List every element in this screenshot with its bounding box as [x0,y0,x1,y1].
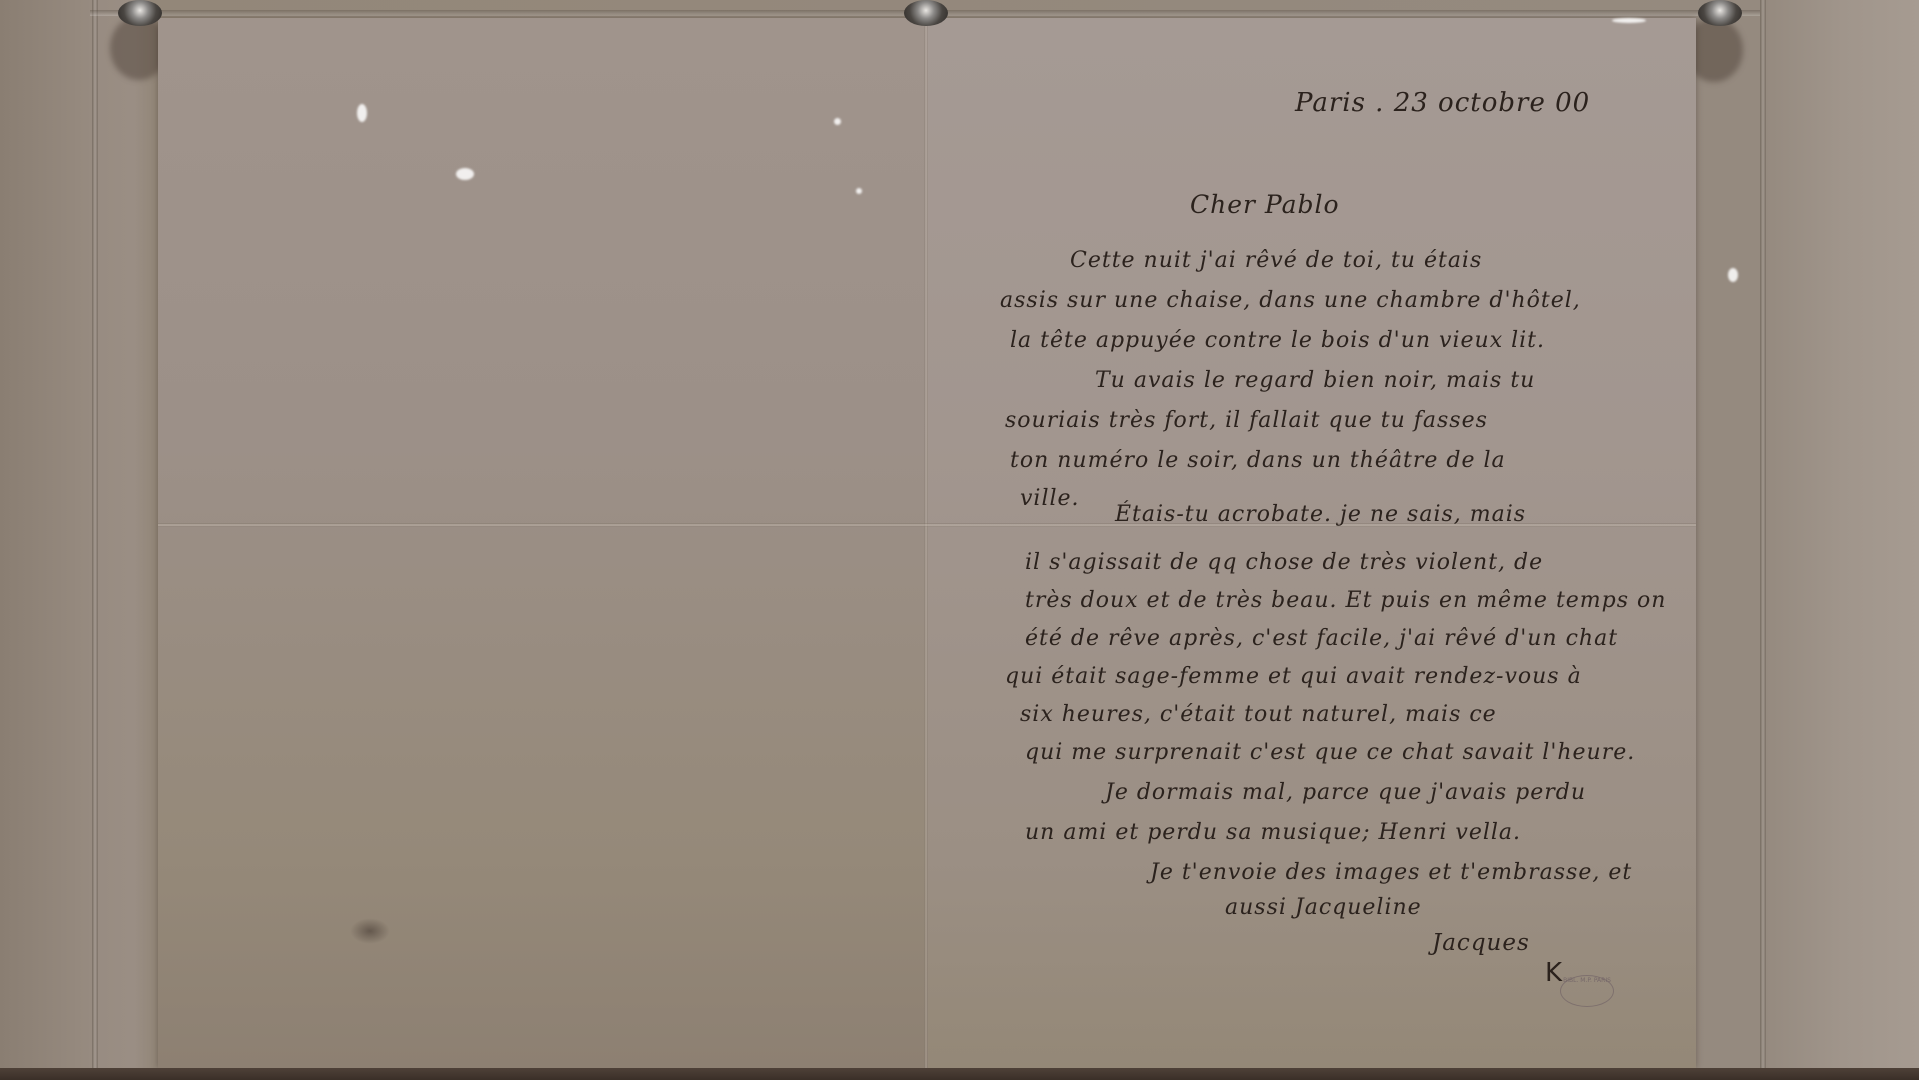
acrylic-case-edge-left [92,0,98,1080]
light-reflection [456,168,474,180]
light-reflection [1612,18,1646,23]
letter-line: Je t'envoie des images et t'embrasse, et [1150,860,1632,885]
letter-line: il s'agissait de qq chose de très violen… [1025,550,1543,575]
letter-line: assis sur une chaise, dans une chambre d… [1000,288,1581,313]
light-reflection [834,118,841,125]
library-stamp: BIBL. M.P. PARIS [1560,975,1614,1007]
letter-date: Paris . 23 octobre 00 [1295,88,1590,118]
light-reflection [856,188,862,194]
letter-line: Tu avais le regard bien noir, mais tu [1095,368,1535,393]
letter-line: Étais-tu acrobate. je ne sais, mais [1115,502,1526,527]
letter-page-left [158,18,926,1068]
letter-line: qui me surprenait c'est que ce chat sava… [1025,740,1635,765]
letter-line: été de rêve après, c'est facile, j'ai rê… [1025,626,1618,651]
signature-mark: K [1545,958,1562,988]
letter-line: six heures, c'était tout naturel, mais c… [1020,702,1497,727]
letter-line: souriais très fort, il fallait que tu fa… [1005,408,1488,433]
ink-smudge [350,918,390,944]
light-reflection [1728,268,1738,282]
letter-line: qui était sage-femme et qui avait rendez… [1005,664,1582,689]
mounting-bolt-top-left [118,0,162,26]
letter-line: très doux et de très beau. Et puis en mê… [1025,588,1666,613]
letter-greeting: Cher Pablo [1190,190,1340,219]
light-reflection [357,104,367,122]
letter-sheet [158,18,1696,1068]
letter-line: ville. [1020,486,1080,511]
display-case-base [0,1068,1919,1080]
letter-line: ton numéro le soir, dans un théâtre de l… [1010,448,1506,473]
letter-line: Cette nuit j'ai rêvé de toi, tu étais [1070,248,1482,273]
mounting-bolt-top-center [904,0,948,26]
letter-line: Je dormais mal, parce que j'avais perdu [1105,780,1586,805]
letter-center-fold [924,18,928,1068]
letter-signature: Jacques [1432,930,1530,956]
letter-line: un ami et perdu sa musique; Henri vella. [1025,820,1521,845]
letter-line: la tête appuyée contre le bois d'un vieu… [1010,328,1545,353]
letter-line: aussi Jacqueline [1225,895,1422,920]
acrylic-case-edge-right [1760,0,1766,1080]
gallery-wall-left [0,0,92,1080]
mounting-bolt-top-right [1698,0,1742,26]
